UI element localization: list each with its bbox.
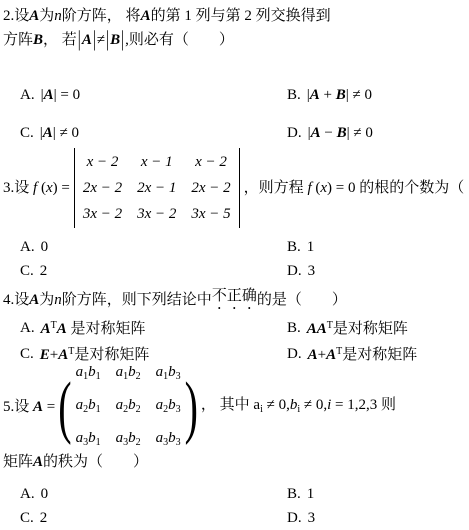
option-value: A+AT是对称矩阵 — [308, 342, 418, 365]
text-run: A — [82, 30, 92, 50]
det-cell: x − 1 — [137, 151, 176, 173]
text-run: 2 — [136, 371, 141, 382]
option-label: A. — [20, 237, 35, 257]
text-run: 3 — [176, 404, 181, 415]
text-run: B — [336, 87, 346, 103]
question-3-options-row-1: A. 0 B. 1 — [0, 237, 469, 257]
det-cell: x − 2 — [83, 151, 122, 173]
question-4-stem: 4.设 A 为 n 阶方阵，则下列结论中不正确的是（ ） — [0, 286, 469, 313]
text-run: a — [156, 364, 164, 380]
option-value: 3 — [308, 261, 316, 281]
question-2-stem-line-1: 2.设 A 为 n 阶方阵， 将 A 的第 1 列与第 2 列交换得到 — [0, 6, 469, 26]
det-cell: 2x − 1 — [137, 177, 176, 199]
matrix-cell: a1b1 — [76, 360, 101, 389]
text-run: AA — [307, 321, 327, 337]
text-run: A — [29, 290, 39, 310]
text-run: A — [41, 321, 51, 337]
text-run: n — [54, 290, 62, 310]
text-run: a — [76, 397, 84, 413]
det-cell: 3x − 5 — [191, 203, 230, 225]
text-run: 方阵 — [3, 30, 33, 50]
text-run: | — [92, 25, 97, 55]
text-run: | — [105, 25, 110, 55]
matrix: ( a1b1 a1b2 a1b3 a2b1 a2b2 a2b3 a3b1 a3b… — [58, 358, 198, 457]
option-label: A. — [20, 318, 35, 338]
matrix-paren-left-icon: ( — [58, 372, 71, 442]
text-run: − — [321, 125, 337, 141]
question-3-stem: 3.设 f (x) = x − 2 x − 1 x − 2 2x − 2 2x … — [0, 148, 469, 228]
option-value: AAT是对称矩阵 — [307, 316, 408, 339]
question-2-options-row-1: A. |A| = 0 B. |A + B| ≠ 0 — [0, 85, 469, 105]
text-run: a — [76, 364, 84, 380]
option-value: 3 — [308, 508, 316, 528]
question-3-option-b: B. 1 — [287, 237, 314, 257]
text-run: ) = — [53, 180, 70, 196]
text-run: ( — [37, 180, 46, 196]
question-5-option-b: B. 1 — [287, 484, 314, 504]
text-run: 的秩为（ ） — [43, 452, 148, 472]
option-label: D. — [287, 123, 302, 143]
question-5-stem: 5.设 A = ( a1b1 a1b2 a1b3 a2b1 a2b2 a2b3 … — [0, 364, 469, 450]
text-run: 3.设 — [3, 180, 33, 196]
det-cell: 2x − 2 — [191, 177, 230, 199]
exam-page: { "page": {"background": "#ffffff", "tex… — [0, 0, 469, 530]
text-run: ≠ 0, — [263, 397, 290, 413]
text-run: 5.设 — [3, 399, 33, 415]
question-5-option-c: C. 2 — [20, 508, 287, 528]
text-run: ， 其中 — [201, 397, 254, 413]
question-3-option-a: A. 0 — [20, 237, 287, 257]
text-run: 2 — [40, 510, 48, 526]
question-3-stem-suffix: ，则方程 f (x) = 0 的根的个数为（ ） — [244, 178, 469, 198]
text-run: A — [33, 452, 43, 472]
matrix-cell: a1b3 — [156, 360, 181, 389]
question-4-option-a: A. ATA 是对称矩阵 — [20, 316, 287, 339]
det-cell: x − 2 — [191, 151, 230, 173]
question-4-option-d: D. A+AT是对称矩阵 — [287, 342, 417, 365]
text-run: b — [88, 397, 96, 413]
text-run: | — [77, 25, 82, 55]
text-run: 是对称矩阵 — [333, 321, 408, 337]
text-run: 1 — [307, 486, 315, 502]
option-label: C. — [20, 508, 34, 528]
text-run: A — [43, 125, 53, 141]
option-label: C. — [20, 344, 34, 364]
option-value: ATA 是对称矩阵 — [41, 316, 146, 339]
text-run: x — [46, 180, 53, 196]
text-run: A — [310, 87, 320, 103]
determinant: x − 2 x − 1 x − 2 2x − 2 2x − 1 2x − 2 3… — [74, 148, 240, 228]
text-run: a — [116, 397, 124, 413]
question-4-options-row-1: A. ATA 是对称矩阵 B. AAT是对称矩阵 — [0, 316, 469, 339]
question-2-option-c: C. |A| ≠ 0 — [20, 123, 287, 143]
question-2-option-a: A. |A| = 0 — [20, 85, 287, 105]
matrix-grid: a1b1 a1b2 a1b3 a2b1 a2b2 a2b3 a3b1 a3b2 … — [72, 358, 185, 457]
text-run: ) = 0 — [327, 180, 355, 196]
text-run: A — [44, 87, 54, 103]
text-run: a — [156, 430, 164, 446]
option-value: |A + B| ≠ 0 — [307, 85, 372, 105]
option-label: B. — [287, 85, 301, 105]
text-run: 3 — [308, 510, 316, 526]
text-run: 矩阵 — [3, 452, 33, 472]
question-3-option-c: C. 2 — [20, 261, 287, 281]
det-cell: 3x − 2 — [137, 203, 176, 225]
text-run: 2 — [40, 263, 48, 279]
text-run: A — [311, 125, 321, 141]
det-cell: 3x − 2 — [83, 203, 122, 225]
text-run: 是对称矩阵 — [342, 347, 417, 363]
text-run: a — [116, 430, 124, 446]
text-run: a — [76, 430, 84, 446]
option-value: 1 — [307, 237, 315, 257]
question-5-stem-prefix: 5.设 A = — [3, 397, 55, 417]
text-run: 阶方阵， 将 — [62, 6, 141, 26]
text-run: ≠ 0 — [350, 125, 373, 141]
question-2-stem-line-2: 方阵 B， 若|A| ≠ |B|,则必有（ ） — [0, 30, 469, 50]
text-run: B — [110, 30, 120, 50]
text-run: 1 — [96, 404, 101, 415]
matrix-cell: a3b2 — [116, 426, 141, 455]
option-label: B. — [287, 484, 301, 504]
text-run: = — [43, 399, 55, 415]
text-run: a — [116, 364, 124, 380]
text-run: 为 — [39, 290, 54, 310]
text-run: 1 — [96, 437, 101, 448]
text-run: 的根的个数为（ ） — [356, 180, 469, 196]
text-run: b — [88, 364, 96, 380]
option-value: 2 — [40, 261, 48, 281]
text-run: 3 — [176, 437, 181, 448]
question-5-option-d: D. 3 — [287, 508, 315, 528]
question-3-option-d: D. 3 — [287, 261, 315, 281]
text-run: B — [33, 30, 43, 50]
matrix-cell: a1b2 — [116, 360, 141, 389]
text-run: 3 — [176, 371, 181, 382]
question-5-options-row-1: A. 0 B. 1 — [0, 484, 469, 504]
text-run: 2.设 — [3, 6, 29, 26]
option-value: 1 — [307, 484, 315, 504]
text-run: 1 — [307, 239, 315, 255]
text-run: ≠ 0 — [56, 125, 79, 141]
question-2-option-d: D. |A − B| ≠ 0 — [287, 123, 373, 143]
text-run: ,则必有（ ） — [125, 30, 234, 50]
option-label: A. — [20, 85, 35, 105]
text-run: b — [128, 430, 136, 446]
text-run: b — [88, 430, 96, 446]
option-label: B. — [287, 237, 301, 257]
text-run: A — [308, 347, 318, 363]
question-5-stem-suffix: ， 其中 ai ≠ 0,bi ≠ 0,i = 1,2,3 则 — [201, 395, 396, 420]
text-run: + — [318, 347, 326, 363]
text-run: ≠ 0, — [300, 397, 327, 413]
text-run: E — [40, 347, 50, 363]
matrix-cell: a2b3 — [156, 393, 181, 422]
option-label: D. — [287, 508, 302, 528]
option-label: B. — [287, 318, 301, 338]
text-run: 不正确 — [212, 286, 257, 313]
text-run: 2 — [136, 404, 141, 415]
option-label: C. — [20, 261, 34, 281]
matrix-paren-right-icon: ) — [185, 372, 198, 442]
matrix-cell: a2b1 — [76, 393, 101, 422]
text-run: 1 — [96, 371, 101, 382]
option-value: 0 — [41, 237, 49, 257]
question-3-stem-prefix: 3.设 f (x) = — [3, 178, 70, 198]
text-run: 0 — [41, 486, 49, 502]
text-run: ， 若 — [43, 30, 77, 50]
option-label: D. — [287, 344, 302, 364]
text-run: A — [29, 6, 39, 26]
matrix-cell: a3b3 — [156, 426, 181, 455]
matrix-cell: a2b2 — [116, 393, 141, 422]
text-run: 3 — [308, 263, 316, 279]
text-run: 的第 1 列与第 2 列交换得到 — [151, 6, 331, 26]
text-run: + — [50, 347, 58, 363]
text-run: B — [337, 125, 347, 141]
text-run: 0 — [41, 239, 49, 255]
text-run: 是对称矩阵 — [67, 321, 146, 337]
question-2-option-b: B. |A + B| ≠ 0 — [287, 85, 372, 105]
text-run: a — [156, 397, 164, 413]
option-value: |A| = 0 — [41, 85, 81, 105]
text-run: = 0 — [57, 87, 80, 103]
text-run: b — [128, 364, 136, 380]
text-run: b — [168, 397, 176, 413]
text-run: A — [57, 321, 67, 337]
text-run: | — [120, 25, 125, 55]
text-run: A — [326, 347, 336, 363]
question-4-option-b: B. AAT是对称矩阵 — [287, 316, 408, 339]
text-run: b — [168, 364, 176, 380]
text-run: = 1,2,3 — [331, 397, 377, 413]
option-value: |A| ≠ 0 — [40, 123, 79, 143]
text-run: n — [54, 6, 62, 26]
option-label: D. — [287, 261, 302, 281]
option-label: C. — [20, 123, 34, 143]
text-run: 则 — [377, 397, 396, 413]
question-5-stem-line-2: 矩阵 A 的秩为（ ） — [0, 452, 469, 472]
text-run: ，则方程 — [244, 180, 308, 196]
text-run: b — [168, 430, 176, 446]
det-cell: 2x − 2 — [83, 177, 122, 199]
text-run: b — [128, 397, 136, 413]
determinant-grid: x − 2 x − 1 x − 2 2x − 2 2x − 1 2x − 2 3… — [83, 151, 231, 225]
text-run: + — [320, 87, 336, 103]
option-value: |A − B| ≠ 0 — [308, 123, 373, 143]
text-run: ≠ — [97, 30, 105, 50]
option-value: 2 — [40, 508, 48, 528]
option-label: A. — [20, 484, 35, 504]
option-value: 0 — [41, 484, 49, 504]
text-run: 2 — [136, 437, 141, 448]
text-run: 为 — [39, 6, 54, 26]
question-2-options-row-2: C. |A| ≠ 0 D. |A − B| ≠ 0 — [0, 123, 469, 143]
matrix-cell: a3b1 — [76, 426, 101, 455]
text-run: 的是（ ） — [257, 290, 347, 310]
text-run: 阶方阵，则下列结论中 — [62, 290, 212, 310]
text-run: ≠ 0 — [349, 87, 372, 103]
question-3-options-row-2: C. 2 D. 3 — [0, 261, 469, 281]
text-run: 4.设 — [3, 290, 29, 310]
question-5-options-row-2: C. 2 D. 3 — [0, 508, 469, 528]
text-run: A — [33, 399, 43, 415]
question-5-option-a: A. 0 — [20, 484, 287, 504]
text-run: A — [141, 6, 151, 26]
